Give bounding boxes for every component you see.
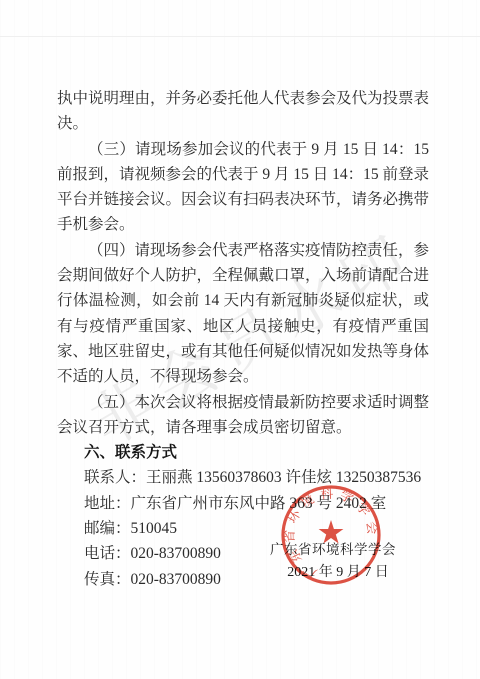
signature-org: 广东省环境科学学会 <box>268 538 398 558</box>
contact-line-person: 联系人：王丽燕 13560378603 许佳炫 13250387536 <box>84 465 429 490</box>
contact-line-address: 地址：广东省广州市东风中路 363 号 2402 室 <box>84 491 429 516</box>
scan-artifact-line <box>0 36 480 37</box>
section-heading-contact: 六、联系方式 <box>57 440 429 465</box>
paragraph-item-4: （四）请现场参会代表严格落实疫情防控责任，参会期间做好个人防护，全程佩戴口罩，入… <box>57 238 429 390</box>
document-page: 非会员水印 执中说明理由，并务必委托他人代表参会及代为投票表决。 （三）请现场参… <box>0 0 480 679</box>
signature-date: 2021 年 9 月 7 日 <box>278 561 398 581</box>
document-body: 执中说明理由，并务必委托他人代表参会及代为投票表决。 （三）请现场参加会议的代表… <box>57 86 429 592</box>
paragraph-item-3: （三）请现场参加会议的代表于 9 月 15 日 14：15 前报到，请视频参会的… <box>57 137 429 238</box>
paragraph-continuation: 执中说明理由，并务必委托他人代表参会及代为投票表决。 <box>57 86 429 137</box>
paragraph-item-5: （五）本次会议将根据疫情最新防控要求适时调整会议召开方式，请各理事会成员密切留意… <box>57 390 429 441</box>
